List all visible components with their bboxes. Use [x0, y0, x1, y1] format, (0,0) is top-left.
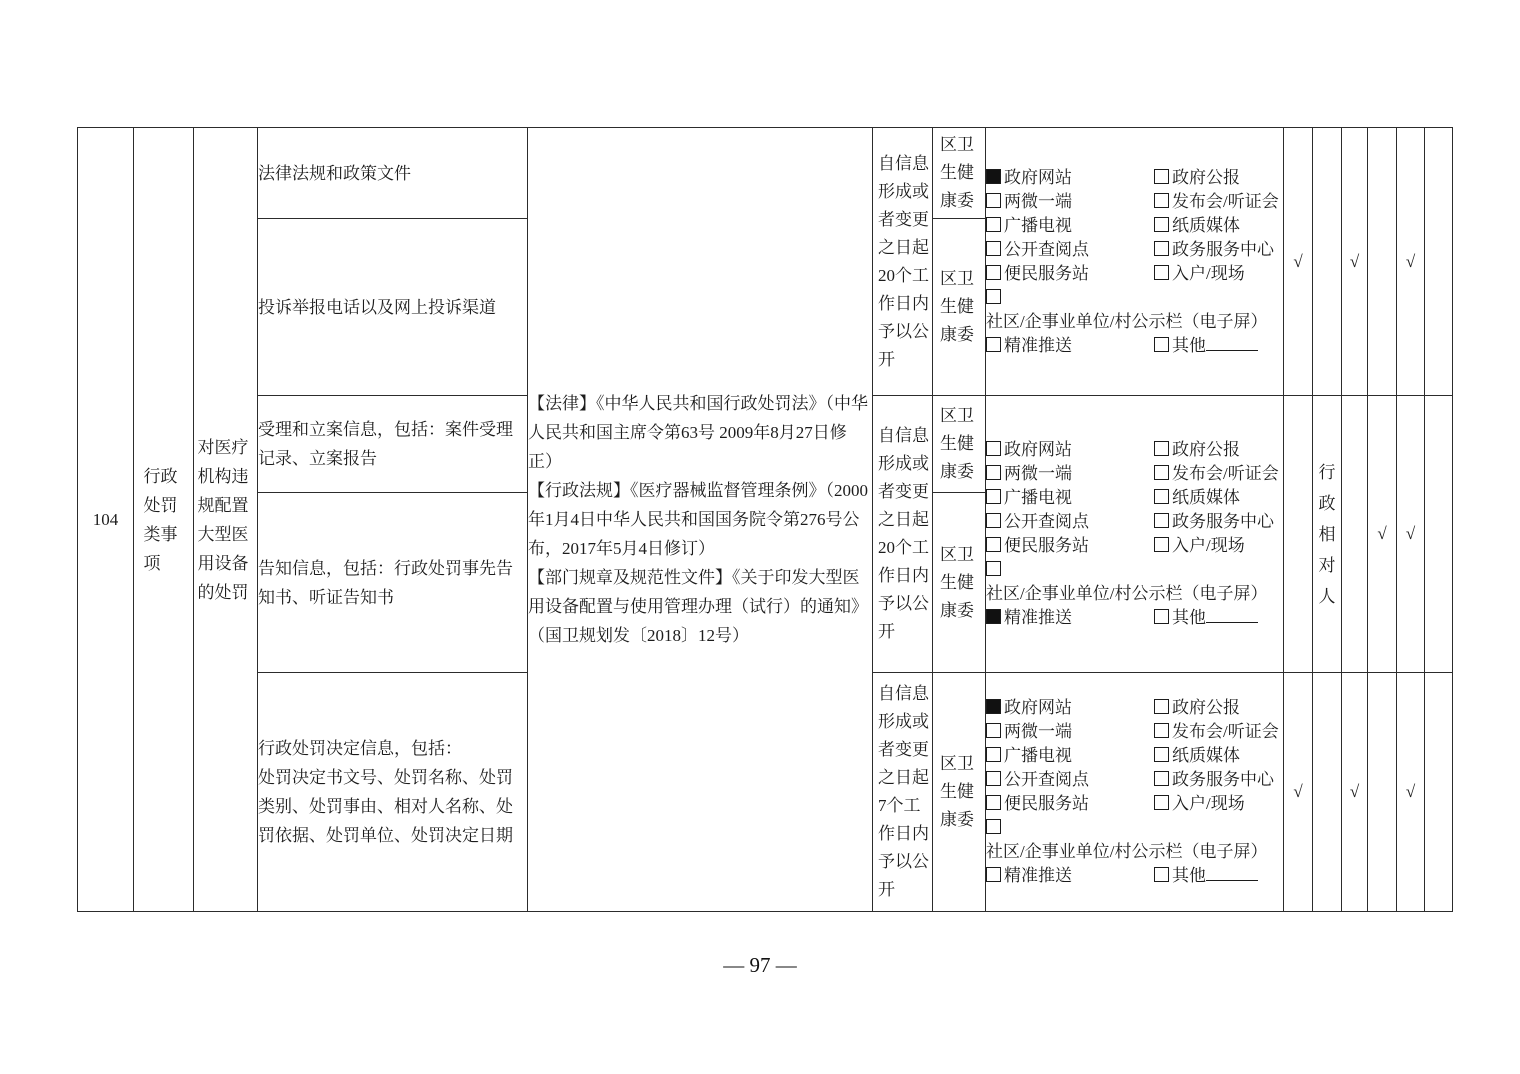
channel-option: 便民服务站: [986, 534, 1154, 558]
checkmark: √: [1284, 128, 1313, 396]
channel-option: 社区/企事业单位/村公示栏（电子屏）: [986, 818, 1267, 861]
channel-option: 入户/现场: [1154, 264, 1245, 283]
checkbox-unchecked-icon: [1154, 337, 1169, 352]
checkbox-unchecked-icon: [986, 465, 1001, 480]
channel-row: 公开查阅点政务服务中心: [986, 510, 1283, 534]
channel-row: 两微一端发布会/听证会: [986, 462, 1283, 486]
channel-option: 发布会/听证会: [1154, 464, 1279, 483]
mark-cell: [1425, 128, 1453, 396]
channel-option: 政府网站: [986, 438, 1154, 462]
channels-cell: 政府网站政府公报两微一端发布会/听证会广播电视纸质媒体公开查阅点政务服务中心便民…: [986, 673, 1284, 912]
channel-option: 便民服务站: [986, 262, 1154, 286]
channel-option: 广播电视: [986, 486, 1154, 510]
channel-option: 精准推送: [986, 334, 1154, 358]
channel-row: 政府网站政府公报: [986, 696, 1283, 720]
checkbox-unchecked-icon: [1154, 609, 1169, 624]
category-cell: 行政处罚类事项: [134, 128, 194, 912]
mark-cell: [1284, 396, 1313, 673]
channel-row: 广播电视纸质媒体: [986, 486, 1283, 510]
legal-basis-cell: 【法律】《中华人民共和国行政处罚法》（中华人民共和国主席令第63号 2009年8…: [528, 128, 873, 912]
sub-item-cell: 行政处罚决定信息，包括： 处罚决定书文号、处罚名称、处罚类别、处罚事由、相对人名…: [258, 673, 528, 912]
checkmark: √: [1342, 128, 1368, 396]
channel-option: 政府网站: [986, 696, 1154, 720]
checkbox-unchecked-icon: [986, 265, 1001, 280]
channel-row: 精准推送其他: [986, 864, 1283, 888]
checkbox-checked-icon: [986, 169, 1001, 184]
channel-row: 便民服务站入户/现场: [986, 534, 1283, 558]
item-name-label: 对医疗机构违规配置大型医用设备的处罚: [198, 433, 254, 607]
checkbox-unchecked-icon: [986, 867, 1001, 882]
channel-option: 精准推送: [986, 606, 1154, 630]
checkbox-unchecked-icon: [986, 819, 1001, 834]
channel-row: 公开查阅点政务服务中心: [986, 238, 1283, 262]
channel-option: 政府网站: [986, 166, 1154, 190]
checkbox-unchecked-icon: [1154, 795, 1169, 810]
timing-label: 自信息形成或者变更之日起7个工作日内予以公开: [874, 680, 931, 904]
mark-cell: [1313, 128, 1342, 396]
channel-option: 入户/现场: [1154, 536, 1245, 555]
channel-option: 广播电视: [986, 214, 1154, 238]
channel-option: 便民服务站: [986, 792, 1154, 816]
entity-label: 区卫生健康委: [940, 265, 978, 349]
channel-option: 发布会/听证会: [1154, 722, 1279, 741]
entity-label: 区卫生健康委: [940, 131, 978, 215]
channel-option: 精准推送: [986, 864, 1154, 888]
mark-cell: [1368, 673, 1397, 912]
checkmark: √: [1284, 673, 1313, 912]
checkbox-unchecked-icon: [1154, 537, 1169, 552]
channel-option: 公开查阅点: [986, 768, 1154, 792]
checkbox-unchecked-icon: [986, 289, 1001, 304]
disclosure-table: 104 行政处罚类事项 对医疗机构违规配置大型医用设备的处罚 法律法规和政策文件…: [77, 127, 1453, 912]
channel-option: 两微一端: [986, 720, 1154, 744]
sub-item-cell: 法律法规和政策文件: [258, 128, 528, 219]
channel-option: 政府公报: [1154, 698, 1240, 717]
channel-option: 其他: [1154, 608, 1258, 627]
timing-label: 自信息形成或者变更之日起20个工作日内予以公开: [874, 422, 931, 646]
checkbox-unchecked-icon: [986, 513, 1001, 528]
checkmark: √: [1397, 128, 1425, 396]
checkbox-checked-icon: [986, 609, 1001, 624]
checkbox-unchecked-icon: [986, 217, 1001, 232]
checkbox-unchecked-icon: [986, 537, 1001, 552]
channel-option: 两微一端: [986, 190, 1154, 214]
channel-row: 社区/企事业单位/村公示栏（电子屏）: [986, 558, 1283, 606]
checkbox-unchecked-icon: [1154, 217, 1169, 232]
item-name-cell: 对医疗机构违规配置大型医用设备的处罚: [194, 128, 258, 912]
document-page: 104 行政处罚类事项 对医疗机构违规配置大型医用设备的处罚 法律法规和政策文件…: [0, 0, 1520, 1074]
page-number: — 97 —: [0, 953, 1520, 978]
checkbox-unchecked-icon: [1154, 723, 1169, 738]
entity-cell: 区卫生健康委: [933, 219, 986, 396]
checkmark: √: [1342, 673, 1368, 912]
checkbox-unchecked-icon: [986, 441, 1001, 456]
checkbox-unchecked-icon: [986, 771, 1001, 786]
channel-row: 社区/企事业单位/村公示栏（电子屏）: [986, 816, 1283, 864]
channel-option: 纸质媒体: [1154, 746, 1240, 765]
checkbox-unchecked-icon: [1154, 489, 1169, 504]
sub-item-cell: 投诉举报电话以及网上投诉渠道: [258, 219, 528, 396]
channel-option: 纸质媒体: [1154, 216, 1240, 235]
checkbox-unchecked-icon: [1154, 241, 1169, 256]
checkbox-unchecked-icon: [1154, 441, 1169, 456]
timing-label: 自信息形成或者变更之日起20个工作日内予以公开: [874, 150, 931, 374]
sub-item-cell: 告知信息，包括：行政处罚事先告知书、听证告知书: [258, 493, 528, 673]
channel-option: 政务服务中心: [1154, 770, 1274, 789]
channel-row: 两微一端发布会/听证会: [986, 720, 1283, 744]
mark-cell: [1368, 128, 1397, 396]
timing-cell: 自信息形成或者变更之日起7个工作日内予以公开: [873, 673, 933, 912]
channel-option: 两微一端: [986, 462, 1154, 486]
channel-option: 社区/企事业单位/村公示栏（电子屏）: [986, 288, 1267, 331]
entity-label: 区卫生健康委: [940, 750, 978, 834]
checkbox-unchecked-icon: [986, 489, 1001, 504]
checkbox-unchecked-icon: [986, 747, 1001, 762]
channel-option: 其他: [1154, 866, 1258, 885]
channel-row: 精准推送其他: [986, 334, 1283, 358]
channel-row: 政府网站政府公报: [986, 166, 1283, 190]
channel-option: 社区/企事业单位/村公示栏（电子屏）: [986, 560, 1267, 603]
channel-option: 政务服务中心: [1154, 512, 1274, 531]
channel-option: 发布会/听证会: [1154, 192, 1279, 211]
mark-cell: [1342, 396, 1368, 673]
channel-row: 社区/企事业单位/村公示栏（电子屏）: [986, 286, 1283, 334]
checkbox-unchecked-icon: [986, 561, 1001, 576]
channel-option: 政府公报: [1154, 168, 1240, 187]
checkbox-unchecked-icon: [1154, 193, 1169, 208]
entity-label: 区卫生健康委: [940, 402, 978, 486]
other-blank-line: [1206, 617, 1258, 623]
mark-cell: 行政相对人: [1313, 396, 1342, 673]
channel-row: 两微一端发布会/听证会: [986, 190, 1283, 214]
channel-row: 广播电视纸质媒体: [986, 214, 1283, 238]
entity-cell: 区卫生健康委: [933, 673, 986, 912]
channel-option: 政府公报: [1154, 440, 1240, 459]
audience-label: 行政相对人: [1318, 457, 1336, 612]
legal-basis-paragraph: 【行政法规】《医疗器械监督管理条例》（2000年1月4日中华人民共和国国务院令第…: [528, 476, 872, 563]
entity-cell: 区卫生健康委: [933, 128, 986, 219]
channel-row: 政府网站政府公报: [986, 438, 1283, 462]
entity-cell: 区卫生健康委: [933, 396, 986, 493]
other-blank-line: [1206, 875, 1258, 881]
entity-label: 区卫生健康委: [940, 541, 978, 625]
checkbox-unchecked-icon: [1154, 465, 1169, 480]
checkbox-unchecked-icon: [986, 241, 1001, 256]
channel-option: 公开查阅点: [986, 238, 1154, 262]
timing-cell: 自信息形成或者变更之日起20个工作日内予以公开: [873, 396, 933, 673]
checkmark: √: [1397, 673, 1425, 912]
legal-basis-paragraph: 【部门规章及规范性文件】《关于印发大型医用设备配置与使用管理办理（试行）的通知》…: [528, 563, 872, 650]
seq-cell: 104: [78, 128, 134, 912]
checkbox-unchecked-icon: [1154, 747, 1169, 762]
channel-option: 其他: [1154, 336, 1258, 355]
checkbox-unchecked-icon: [986, 193, 1001, 208]
checkbox-unchecked-icon: [1154, 169, 1169, 184]
channel-row: 精准推送其他: [986, 606, 1283, 630]
channels-cell: 政府网站政府公报两微一端发布会/听证会广播电视纸质媒体公开查阅点政务服务中心便民…: [986, 396, 1284, 673]
timing-cell: 自信息形成或者变更之日起20个工作日内予以公开: [873, 128, 933, 396]
checkbox-unchecked-icon: [1154, 771, 1169, 786]
channel-option: 政务服务中心: [1154, 240, 1274, 259]
mark-cell: [1313, 673, 1342, 912]
checkbox-unchecked-icon: [1154, 265, 1169, 280]
checkmark: √: [1397, 396, 1425, 673]
channel-option: 公开查阅点: [986, 510, 1154, 534]
checkbox-unchecked-icon: [986, 795, 1001, 810]
channel-row: 公开查阅点政务服务中心: [986, 768, 1283, 792]
checkbox-checked-icon: [986, 699, 1001, 714]
checkbox-unchecked-icon: [1154, 867, 1169, 882]
channel-row: 广播电视纸质媒体: [986, 744, 1283, 768]
checkmark: √: [1368, 396, 1397, 673]
channel-option: 入户/现场: [1154, 794, 1245, 813]
checkbox-unchecked-icon: [1154, 513, 1169, 528]
channel-option: 纸质媒体: [1154, 488, 1240, 507]
entity-cell: 区卫生健康委: [933, 493, 986, 673]
channel-option: 广播电视: [986, 744, 1154, 768]
channels-cell: 政府网站政府公报两微一端发布会/听证会广播电视纸质媒体公开查阅点政务服务中心便民…: [986, 128, 1284, 396]
mark-cell: [1425, 396, 1453, 673]
checkbox-unchecked-icon: [986, 723, 1001, 738]
channel-row: 便民服务站入户/现场: [986, 262, 1283, 286]
sub-item-cell: 受理和立案信息，包括：案件受理记录、立案报告: [258, 396, 528, 493]
other-blank-line: [1206, 345, 1258, 351]
category-label: 行政处罚类事项: [144, 462, 184, 578]
mark-cell: [1425, 673, 1453, 912]
checkbox-unchecked-icon: [986, 337, 1001, 352]
channel-row: 便民服务站入户/现场: [986, 792, 1283, 816]
checkbox-unchecked-icon: [1154, 699, 1169, 714]
legal-basis-paragraph: 【法律】《中华人民共和国行政处罚法》（中华人民共和国主席令第63号 2009年8…: [528, 389, 872, 476]
